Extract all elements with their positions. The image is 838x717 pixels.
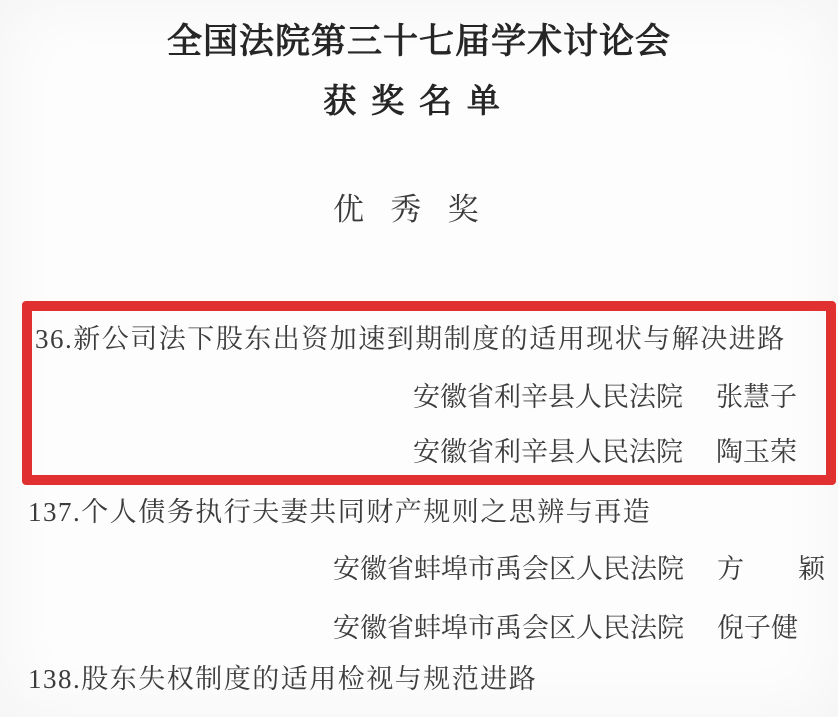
- entry-138-number: 138.: [28, 664, 81, 694]
- document-subtitle: 获奖名单: [0, 86, 838, 119]
- entry-137-winner-1-court: 安徽省蚌埠市禹会区人民法院: [333, 556, 684, 583]
- entry-138-title: 股东失权制度的适用检视与规范进路: [81, 664, 537, 694]
- entry-136-winner-1-court: 安徽省利辛县人民法院: [413, 384, 683, 411]
- entry-136-winner-1-name: 张慧子: [716, 384, 797, 411]
- section-heading-excellence-award: 优秀奖: [0, 194, 838, 225]
- entry-136-winner-2-court: 安徽省利辛县人民法院: [413, 439, 683, 466]
- entry-137-winner-2-court: 安徽省蚌埠市禹会区人民法院: [333, 615, 684, 642]
- entry-136-winner-1: 安徽省利辛县人民法院 张慧子: [413, 384, 797, 411]
- entry-138-title-line: 138.股东失权制度的适用检视与规范进路: [28, 666, 537, 693]
- entry-136-title-line: 136.新公司法下股东出资加速到期制度的适用现状与解决进路: [20, 326, 786, 353]
- entry-137-winner-1-name: 方 颖: [717, 556, 825, 583]
- entry-136-number: 136.: [20, 324, 73, 354]
- entry-137-number: 137.: [28, 497, 81, 527]
- entry-136-title: 新公司法下股东出资加速到期制度的适用现状与解决进路: [73, 324, 786, 354]
- entry-137-title-line: 137.个人债务执行夫妻共同财产规则之思辨与再造: [28, 499, 651, 526]
- award-list-document: 全国法院第三十七届学术讨论会 获奖名单 优秀奖 136.新公司法下股东出资加速到…: [0, 0, 838, 717]
- entry-137-winner-1: 安徽省蚌埠市禹会区人民法院 方 颖: [333, 556, 825, 583]
- entry-137-winner-2-name: 倪子健: [717, 615, 798, 642]
- entry-137-title: 个人债务执行夫妻共同财产规则之思辨与再造: [81, 497, 651, 527]
- document-title: 全国法院第三十七届学术讨论会: [0, 24, 838, 59]
- entry-136-winner-2: 安徽省利辛县人民法院 陶玉荣: [413, 439, 797, 466]
- entry-136-winner-2-name: 陶玉荣: [716, 439, 797, 466]
- entry-137-winner-2: 安徽省蚌埠市禹会区人民法院 倪子健: [333, 615, 798, 642]
